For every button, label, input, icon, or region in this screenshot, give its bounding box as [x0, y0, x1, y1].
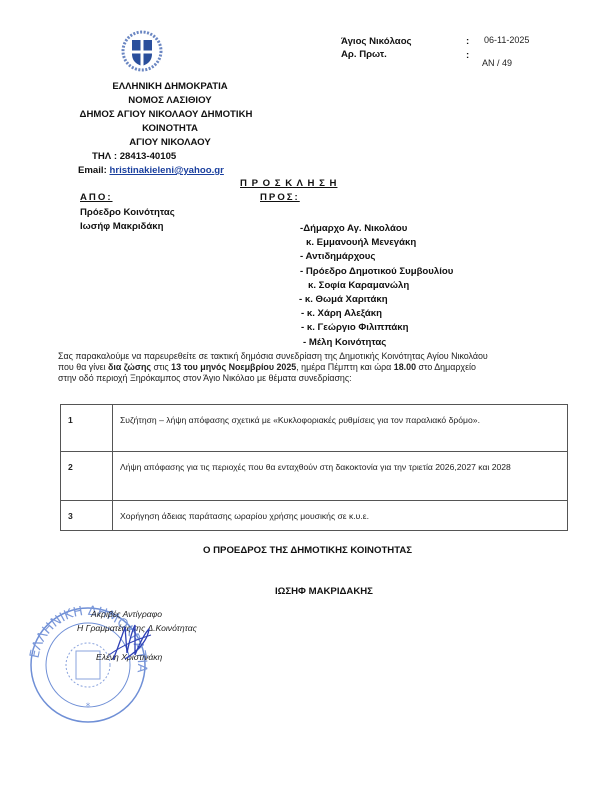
text-span: στο Δημαρχείο — [416, 362, 476, 372]
protocol-number: ΑΝ / 49 — [482, 58, 512, 68]
text-span: που θα γίνει — [58, 362, 108, 372]
header-line-town: ΑΓΙΟΥ ΝΙΚΟΛΑΟΥ — [60, 136, 280, 150]
text-span: , ημέρα Πέμπτη και ώρα — [296, 362, 394, 372]
recipient-item: -Δήμαρχο Αγ. Νικολάου — [300, 222, 453, 236]
to-label: ΠΡΟΣ: — [260, 192, 300, 203]
place-separator: : — [466, 36, 469, 47]
recipient-item: - κ. Χάρη Αλεξάκη — [301, 307, 453, 321]
agenda-table: 1 Συζήτηση – λήψη απόφασης σχετικά με «Κ… — [60, 404, 568, 531]
recipient-item: - κ. Θωμά Χαριτάκη — [299, 293, 453, 307]
meeting-date: 13 του μηνός Νοεμβρίου 2025 — [171, 362, 296, 372]
header-line-community: ΚΟΙΝΟΤΗΤΑ — [60, 122, 280, 136]
agenda-text: Χορήγηση άδειας παράτασης ωραρίου χρήσης… — [113, 501, 568, 531]
invitation-paragraph: Σας παρακαλούμε να παρευρεθείτε σε τακτι… — [58, 351, 596, 384]
from-line-role: Πρόεδρο Κοινότητας — [80, 206, 175, 220]
table-row: 1 Συζήτηση – λήψη απόφασης σχετικά με «Κ… — [61, 405, 568, 452]
from-line-name: Ιωσήφ Μακριδάκη — [80, 220, 175, 234]
agenda-number: 1 — [61, 405, 113, 452]
recipient-item: - Πρόεδρο Δημοτικού Συμβουλίου — [300, 265, 453, 279]
email-label: Email: — [78, 165, 107, 176]
header-email-row: Email: hristinakieleni@yahoo.gr — [78, 165, 224, 176]
svg-text:*: * — [86, 702, 91, 712]
signatory-name: ΙΩΣΗΦ ΜΑΚΡΙΔΑΚΗΣ — [275, 586, 373, 597]
recipient-item: - Μέλη Κοινότητας — [303, 336, 453, 350]
header-phone: ΤΗΛ : 28413-40105 — [92, 151, 176, 162]
agenda-number: 2 — [61, 452, 113, 501]
agenda-text: Λήψη απόφασης για τις περιοχές που θα εν… — [113, 452, 568, 501]
table-row: 2 Λήψη απόφασης για τις περιοχές που θα … — [61, 452, 568, 501]
meeting-time: 18.00 — [394, 362, 416, 372]
meeting-mode: δια ζώσης — [108, 362, 151, 372]
header-line-municipality: ΔΗΜΟΣ ΑΓΙΟΥ ΝΙΚΟΛΑΟΥ ΔΗΜΟΤΙΚΗ — [52, 108, 280, 122]
document-date: 06-11-2025 — [484, 35, 529, 45]
agenda-text: Συζήτηση – λήψη απόφασης σχετικά με «Κυκ… — [113, 405, 568, 452]
header-line-country: ΕΛΛΗΝΙΚΗ ΔΗΜΟΚΡΑΤΙΑ — [60, 80, 280, 94]
agenda-number: 3 — [61, 501, 113, 531]
place-label: Άγιος Νικόλαος — [341, 36, 412, 47]
paragraph-line-3: στην οδό περιοχή Ξηρόκαμπος στον Άγιο Νι… — [58, 373, 596, 384]
email-link[interactable]: hristinakieleni@yahoo.gr — [109, 165, 223, 176]
recipient-item: κ. Εμμανουήλ Μενεγάκη — [306, 236, 453, 250]
paragraph-line-2: που θα γίνει δια ζώσης στις 13 του μηνός… — [58, 362, 596, 373]
paragraph-line-1: Σας παρακαλούμε να παρευρεθείτε σε τακτι… — [58, 351, 596, 362]
protocol-separator: : — [466, 50, 469, 61]
header-line-prefecture: ΝΟΜΟΣ ΛΑΣΙΘΙΟΥ — [60, 94, 280, 108]
recipient-item: - κ. Γεώργιο Φιλιππάκη — [301, 321, 453, 335]
greek-coat-of-arms-emblem — [121, 30, 163, 72]
from-label: ΑΠΟ: — [80, 192, 113, 203]
from-block: Πρόεδρο Κοινότητας Ιωσήφ Μακριδάκη — [80, 206, 175, 234]
document-title: Π Ρ Ο Σ Κ Λ Η Σ Η — [240, 178, 337, 189]
text-span: στις — [151, 362, 171, 372]
recipient-item: κ. Σοφία Καραμανώλη — [308, 279, 453, 293]
signatory-title: Ο ΠΡΟΕΔΡΟΣ ΤΗΣ ΔΗΜΟΤΙΚΗΣ ΚΟΙΝΟΤΗΤΑΣ — [203, 545, 412, 556]
issuer-header: ΕΛΛΗΝΙΚΗ ΔΗΜΟΚΡΑΤΙΑ ΝΟΜΟΣ ΛΑΣΙΘΙΟΥ ΔΗΜΟΣ… — [60, 80, 280, 150]
protocol-label: Αρ. Πρωτ. — [341, 49, 387, 60]
handwritten-signature — [105, 615, 155, 665]
table-row: 3 Χορήγηση άδειας παράτασης ωραρίου χρήσ… — [61, 501, 568, 531]
recipients-list: -Δήμαρχο Αγ. Νικολάου κ. Εμμανουήλ Μενεγ… — [300, 222, 453, 350]
recipient-item: - Αντιδημάρχους — [300, 250, 453, 264]
